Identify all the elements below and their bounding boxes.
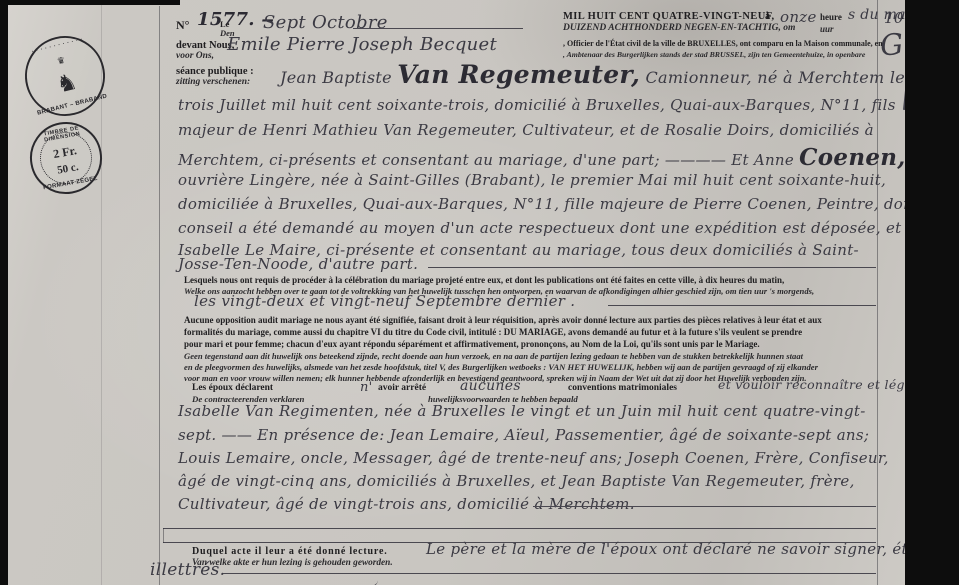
closing-note-continued: illettrés. [150, 560, 225, 580]
publication-dates-handwritten: les vingt-deux et vingt-neuf Septembre d… [194, 292, 575, 310]
bride-surname: Coenen, [799, 144, 905, 171]
act-line: domiciliée à Bruxelles, Quai-aux-Barques… [178, 195, 939, 213]
legitimation-line: Isabelle Van Regimenten, née à Bruxelles… [178, 402, 866, 420]
year-line-nl: DUIZEND ACHTHONDERD NEGEN-EN-TACHTIG, om [563, 23, 795, 33]
closing-dash-rule [533, 506, 876, 507]
act-line: trois Juillet mil huit cent soixante-tro… [178, 96, 896, 114]
signature-band-rule-top [163, 528, 876, 529]
date-handwritten: Sept Octobre [263, 12, 388, 33]
fee-stamp: TIMBRE DE DIMENSION 2 Fr. 50 c. FORMAAT … [24, 116, 107, 199]
act-line: majeur de Henri Mathieu Van Regemeuter, … [178, 121, 874, 139]
declaration-fr-b: avoir arrêté [378, 383, 426, 393]
officer-line-nl: , Ambtenaar des Burgerlijken stands der … [563, 50, 865, 59]
date-flourish-rule [353, 28, 523, 29]
legitimation-line: Louis Lemaire, oncle, Messager, âgé de t… [178, 449, 889, 467]
dash-rule [608, 305, 876, 306]
ceremony-fr-line: Aucune opposition audit mariage ne nous … [184, 315, 822, 325]
uur-label: uur [820, 24, 834, 34]
groom-given-names: Jean Baptiste [280, 68, 397, 87]
groom-intro-line: Jean Baptiste Van Regemeuter, Camionneur… [280, 60, 953, 89]
declaration-fr-c: conventions matrimoniales [568, 383, 677, 393]
text-block-left-border [159, 6, 160, 585]
coat-of-arms-stamp: · · · · · · · · · · · · ♛ ♞ BRABANT – BR… [17, 28, 114, 125]
consent-text: Merchtem, ci-présents et consentant au m… [178, 151, 799, 169]
declaration-fr-a: Les époux déclarent [192, 383, 273, 393]
legitimation-line: Cultivateur, âgé de vingt-trois ans, dom… [178, 495, 635, 513]
voor-ons-nl: voor Ons, [176, 51, 214, 61]
declaration-hw-a: n' [360, 380, 373, 395]
publications-fr: Lesquels nous ont requis de procéder à l… [184, 275, 784, 285]
closing-note-handwritten: Le père et la mère de l'époux ont déclar… [426, 540, 933, 558]
legitimation-line: sept. —— En présence de: Jean Lemaire, A… [178, 426, 869, 444]
hour-prefix: à [765, 11, 770, 22]
ceremony-nl-line: Geen tegenstand aan dit huwelijk ons bet… [184, 351, 803, 361]
officer-line-fr: , Officier de l'État civil de la ville d… [563, 39, 883, 48]
officer-name-handwritten: Emile Pierre Joseph Becquet [227, 34, 497, 55]
ceremony-fr-line: formalités du mariage, comme aussi du ch… [184, 327, 802, 337]
closing-dash-rule [223, 573, 876, 574]
crown-icon: ♛ [56, 57, 66, 67]
register-page: · · · · · · · · · · · · ♛ ♞ BRABANT – BR… [8, 0, 905, 585]
legitimation-line: âgé de vingt-cinq ans, domiciliés à Brux… [178, 472, 855, 490]
act-line: Josse-Ten-Noode, d'autre part. [178, 255, 418, 273]
act-line: Merchtem, ci-présents et consentant au m… [178, 144, 906, 171]
act-line: conseil a été demandé au moyen d'un acte… [178, 219, 926, 237]
fold-crease [101, 0, 102, 585]
stamp-arc-text: · · · · · · · · · · · · [30, 33, 83, 55]
closing-dash-rule [428, 267, 876, 268]
session-label-fr: séance publique : [176, 66, 254, 77]
ceremony-fr-line: pour mari et pour femme; chacun d'eux ay… [184, 339, 760, 349]
scan-edge-top [0, 0, 180, 5]
closing-fr: Duquel acte il leur a été donné lecture. [192, 546, 388, 557]
signature-stroke [330, 574, 378, 585]
heure-label: heure [820, 12, 842, 22]
scan-edge-left [0, 0, 8, 585]
heraldic-lion-icon: ♞ [55, 72, 80, 96]
session-label-nl: zitting verschenen: [176, 77, 250, 87]
ceremony-nl-line: en de pleegvormen des huwelijks, alsmede… [184, 362, 818, 372]
act-number-label: N° [176, 18, 189, 33]
declaration-hw-b: aucunes [460, 378, 521, 394]
signature-band-tick [163, 528, 164, 543]
devant-nous-fr: devant Nous, [176, 40, 234, 51]
year-line-fr: MIL HUIT CENT QUATRE-VINGT-NEUF, [563, 11, 775, 22]
act-line: ouvrière Lingère, née à Saint-Gilles (Br… [178, 171, 886, 189]
scan-edge-right [905, 0, 959, 585]
stamp-province-label: BRABANT – BRABAND [37, 94, 109, 122]
groom-surname: Van Regemeuter, [397, 60, 640, 89]
